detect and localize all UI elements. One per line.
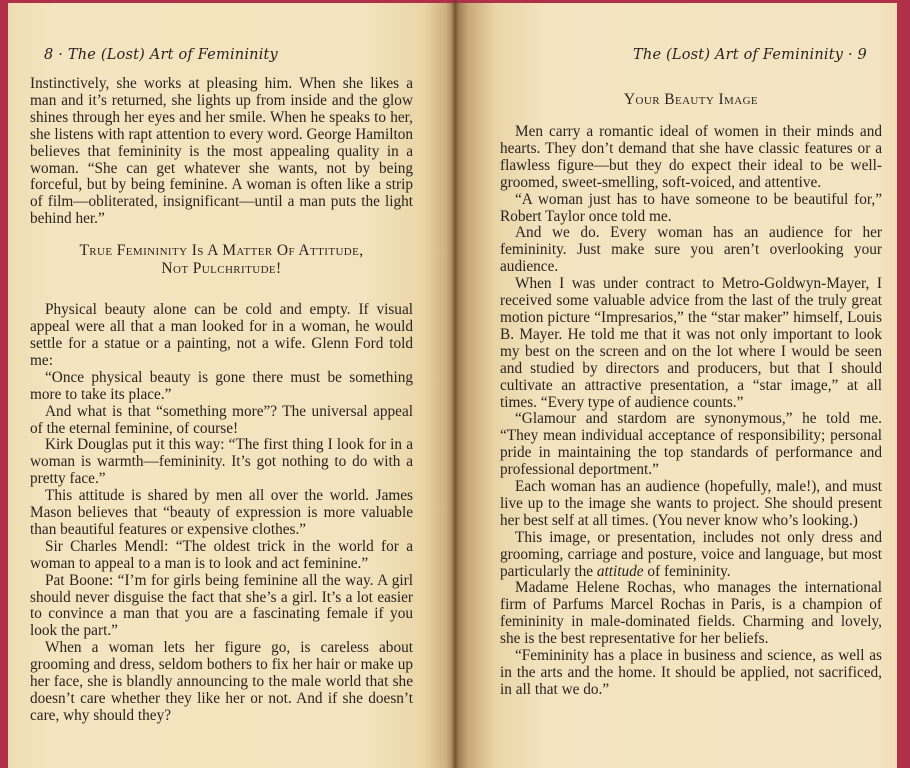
paragraph: Each woman has an audience (hopefully, m…: [500, 479, 882, 530]
paragraph: Physical beauty alone can be cold and em…: [30, 302, 413, 370]
paragraph: “Femininity has a place in business and …: [500, 648, 882, 699]
right-page: The (Lost) Art of Femininity · 9 Your Be…: [455, 3, 897, 768]
paragraph: “Once physical beauty is gone there must…: [30, 370, 413, 404]
section-heading-your-beauty-image: Your Beauty Image: [500, 91, 882, 109]
left-page: 8 · The (Lost) Art of Femininity Instinc…: [8, 3, 455, 768]
paragraph: Sir Charles Mendl: “The oldest trick in …: [30, 539, 413, 573]
paragraph: Kirk Douglas put it this way: “The first…: [30, 437, 413, 488]
paragraph-attitude: This image, or presentation, includes no…: [500, 530, 882, 581]
paragraph: Men carry a romantic ideal of women in t…: [500, 124, 882, 192]
text-run: of femininity.: [644, 563, 731, 580]
heading-line: True Femininity Is A Matter Of Attitude,: [30, 242, 413, 260]
right-running-head: The (Lost) Art of Femininity · 9: [633, 47, 867, 63]
paragraph: This attitude is shared by men all over …: [30, 488, 413, 539]
paragraph: Madame Helene Rochas, who manages the in…: [500, 580, 882, 648]
paragraph: And we do. Every woman has an audience f…: [500, 225, 882, 276]
left-page-body: Instinctively, she works at pleasing him…: [30, 76, 413, 725]
left-running-head: 8 · The (Lost) Art of Femininity: [44, 47, 278, 63]
paragraph: Instinctively, she works at pleasing him…: [30, 76, 413, 228]
emphasis-attitude: attitude: [597, 563, 644, 580]
paragraph: And what is that “something more”? The u…: [30, 404, 413, 438]
right-page-body: Men carry a romantic ideal of women in t…: [500, 124, 882, 699]
paragraph: “Glamour and stardom are synonymous,” he…: [500, 411, 882, 479]
paragraph: When I was under contract to Metro-Goldw…: [500, 276, 882, 411]
section-heading-true-femininity: True Femininity Is A Matter Of Attitude,…: [30, 242, 413, 278]
heading-line: Not Pulchritude!: [30, 260, 413, 278]
paragraph: “A woman just has to have someone to be …: [500, 192, 882, 226]
book-spread: 8 · The (Lost) Art of Femininity Instinc…: [0, 0, 910, 768]
book-gutter: [451, 0, 459, 768]
paragraph: When a woman lets her figure go, is care…: [30, 640, 413, 725]
paragraph: Pat Boone: “I’m for girls being feminine…: [30, 573, 413, 641]
